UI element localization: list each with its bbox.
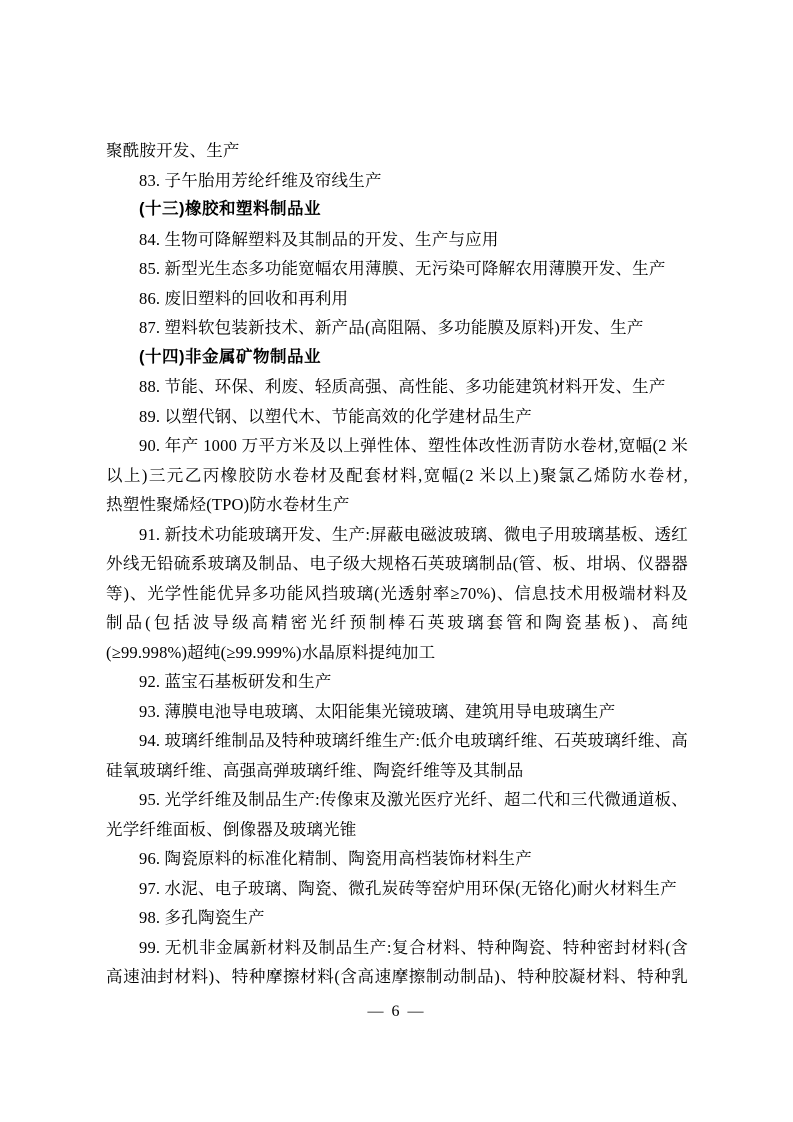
text-line: 硅氧玻璃纤维、高强高弹玻璃纤维、陶瓷纤维等及其制品: [106, 756, 688, 786]
text-line: 84. 生物可降解塑料及其制品的开发、生产与应用: [106, 225, 688, 255]
text-line: 热塑性聚烯烃(TPO)防水卷材生产: [106, 490, 688, 520]
text-line: 92. 蓝宝石基板研发和生产: [106, 667, 688, 697]
document-page: 聚酰胺开发、生产83. 子午胎用芳纶纤维及帘线生产(十三)橡胶和塑料制品业84.…: [0, 0, 793, 1122]
section-heading: (十三)橡胶和塑料制品业: [106, 195, 688, 225]
text-line: 83. 子午胎用芳纶纤维及帘线生产: [106, 166, 688, 196]
text-line: 91. 新技术功能玻璃开发、生产:屏蔽电磁波玻璃、微电子用玻璃基板、透红: [106, 520, 688, 550]
text-line: 86. 废旧塑料的回收和再利用: [106, 284, 688, 314]
text-line: 98. 多孔陶瓷生产: [106, 903, 688, 933]
section-heading: (十四)非金属矿物制品业: [106, 343, 688, 373]
document-text-block: 聚酰胺开发、生产83. 子午胎用芳纶纤维及帘线生产(十三)橡胶和塑料制品业84.…: [106, 136, 688, 992]
text-line: 93. 薄膜电池导电玻璃、太阳能集光镜玻璃、建筑用导电玻璃生产: [106, 697, 688, 727]
text-line: 85. 新型光生态多功能宽幅农用薄膜、无污染可降解农用薄膜开发、生产: [106, 254, 688, 284]
text-line: 96. 陶瓷原料的标准化精制、陶瓷用高档装饰材料生产: [106, 844, 688, 874]
text-line: 以上)三元乙丙橡胶防水卷材及配套材料,宽幅(2 米以上)聚氯乙烯防水卷材,: [106, 461, 688, 491]
text-line: 99. 无机非金属新材料及制品生产:复合材料、特种陶瓷、特种密封材料(含: [106, 933, 688, 963]
page-number: — 6 —: [0, 1000, 793, 1024]
text-line: 94. 玻璃纤维制品及特种玻璃纤维生产:低介电玻璃纤维、石英玻璃纤维、高: [106, 726, 688, 756]
text-line: 90. 年产 1000 万平方米及以上弹性体、塑性体改性沥青防水卷材,宽幅(2 …: [106, 431, 688, 461]
text-line: 95. 光学纤维及制品生产:传像束及激光医疗光纤、超二代和三代微通道板、: [106, 785, 688, 815]
text-line: 制品(包括波导级高精密光纤预制棒石英玻璃套管和陶瓷基板)、高纯: [106, 608, 688, 638]
text-line: 88. 节能、环保、利废、轻质高强、高性能、多功能建筑材料开发、生产: [106, 372, 688, 402]
text-line: 89. 以塑代钢、以塑代木、节能高效的化学建材品生产: [106, 402, 688, 432]
text-line: 光学纤维面板、倒像器及玻璃光锥: [106, 815, 688, 845]
text-line: 聚酰胺开发、生产: [106, 136, 688, 166]
text-line: (≥99.998%)超纯(≥99.999%)水晶原料提纯加工: [106, 638, 688, 668]
text-line: 87. 塑料软包装新技术、新产品(高阻隔、多功能膜及原料)开发、生产: [106, 313, 688, 343]
text-line: 高速油封材料)、特种摩擦材料(含高速摩擦制动制品)、特种胶凝材料、特种乳: [106, 962, 688, 992]
text-line: 等)、光学性能优异多功能风挡玻璃(光透射率≥70%)、信息技术用极端材料及: [106, 579, 688, 609]
text-line: 97. 水泥、电子玻璃、陶瓷、微孔炭砖等窑炉用环保(无铬化)耐火材料生产: [106, 874, 688, 904]
text-line: 外线无铅硫系玻璃及制品、电子级大规格石英玻璃制品(管、板、坩埚、仪器器皿: [106, 549, 688, 579]
